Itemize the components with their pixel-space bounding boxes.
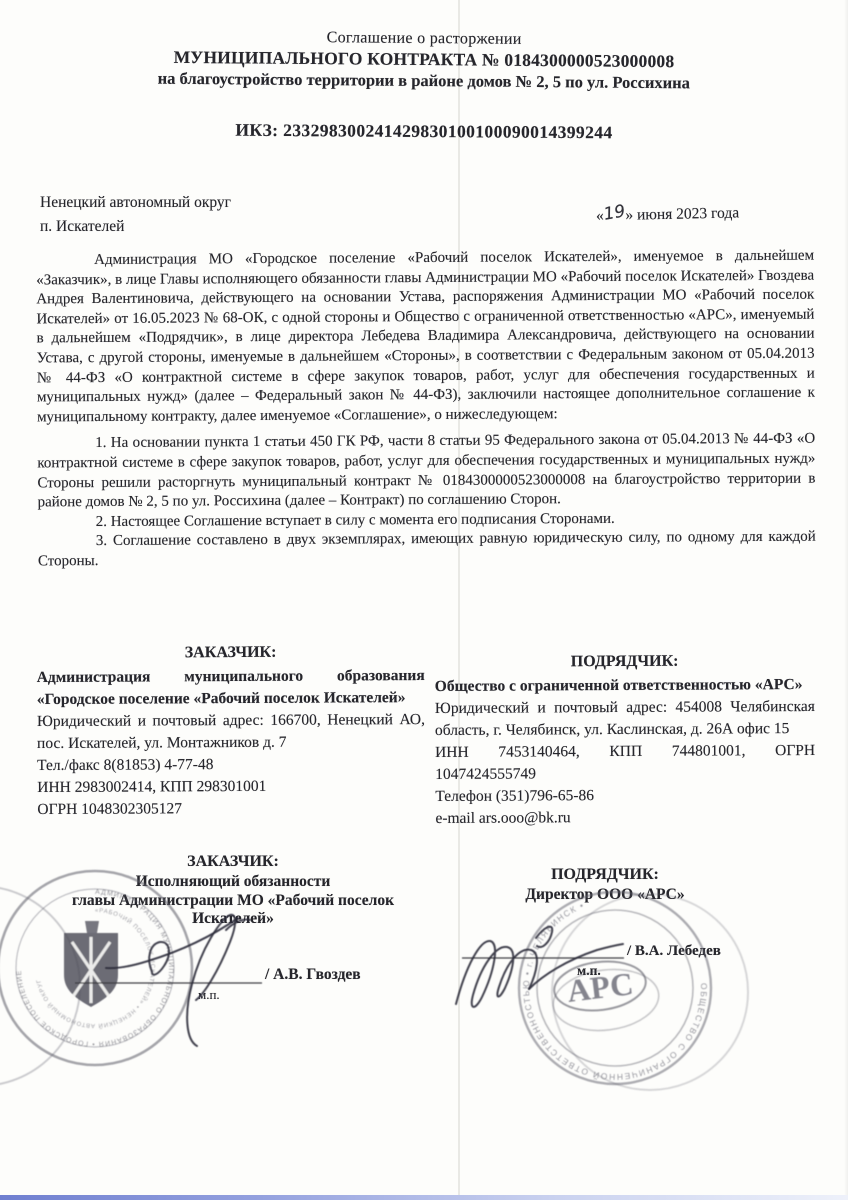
document-title: Соглашение о расторжении МУНИЦИПАЛЬНОГО … xyxy=(0,26,848,94)
agreement-body: Администрация МО «Городское поселение «Р… xyxy=(36,247,816,572)
contractor-signer-name: / В.А. Лебедев xyxy=(627,943,721,960)
contractor-signature-heading: ПОДРЯДЧИК: Директор ООО «АРС» xyxy=(440,866,770,904)
scan-bottom-color-strip xyxy=(0,1195,848,1200)
customer-role-line-3: Искателей» xyxy=(38,910,428,929)
place-block: Ненецкий автономный округ п. Искателей xyxy=(40,191,231,239)
svg-text:ОБЩЕСТВО С ОГРАНИЧЕННОЙ ОТВЕТС: ОБЩЕСТВО С ОГРАНИЧЕННОЙ ОТВЕТСТВЕННОСТЬЮ… xyxy=(521,900,709,1082)
contractor-stamp: ОБЩЕСТВО С ОГРАНИЧЕННОЙ ОТВЕТСТВЕННОСТЬЮ… xyxy=(519,892,748,1090)
stamps-and-signatures-artwork: АДМИНИСТРАЦИЯ МУНИЦИПАЛЬНОГО ОБРАЗОВАНИЯ… xyxy=(0,0,848,1200)
customer-role: Исполняющий обязанности главы Администра… xyxy=(38,873,428,929)
parties-details: ЗАКАЗЧИК: Администрация муниципального о… xyxy=(37,639,816,832)
date-block: «19» июня 2023 года xyxy=(596,201,826,226)
scan-fold-line xyxy=(458,0,460,1200)
customer-signature-heading: ЗАКАЗЧИК: Исполняющий обязанности главы … xyxy=(38,853,428,929)
contractor-stamp-outer-circle xyxy=(519,892,711,1084)
customer-heading: ЗАКАЗЧИК: xyxy=(37,641,425,665)
contractor-role: Директор ООО «АРС» xyxy=(440,886,770,904)
contractor-org-name: Общество с ограниченной ответственностью… xyxy=(435,674,815,698)
coat-of-arms-crossed-tools xyxy=(72,937,110,1003)
customer-sign-title: ЗАКАЗЧИК: xyxy=(38,853,428,871)
scan-right-edge-shade xyxy=(844,0,848,1200)
coat-of-arms-shield xyxy=(64,933,118,1007)
customer-role-line-2: главы Администрации МО «Рабочий поселок xyxy=(38,892,428,911)
place-line-region: Ненецкий автономный округ xyxy=(40,191,231,215)
customer-phone: Тел./факс 8(81853) 4-77-48 xyxy=(37,753,425,777)
contractor-stamp-inner-circle xyxy=(537,910,693,1066)
customer-signature-scribble xyxy=(106,915,250,1046)
handwritten-day: 19 xyxy=(602,201,627,225)
date-rest: » июня 2023 года xyxy=(625,204,739,223)
contractor-address: Юридический и почтовый адрес: 454008 Чел… xyxy=(435,696,815,742)
contractor-details-column: ПОДРЯДЧИК: Общество с ограниченной ответ… xyxy=(435,639,816,830)
customer-role-line-1: Исполняющий обязанности xyxy=(38,873,428,892)
customer-signer-name: / А.В. Гвоздев xyxy=(265,966,361,984)
customer-address: Юридический и почтовый адрес: 166700, Не… xyxy=(37,709,425,755)
contractor-phone: Телефон (351)796-65-86 xyxy=(435,784,815,808)
customer-ogrn: ОГРН 1048302305127 xyxy=(37,797,425,821)
preamble-paragraph: Администрация МО «Городское поселение «Р… xyxy=(36,247,815,428)
contractor-email: e-mail ars.ooo@bk.ru xyxy=(435,806,815,830)
clause-3: 3. Соглашение составлено в двух экземпля… xyxy=(38,528,816,572)
contractor-inn-kpp-ogrn: ИНН 7453140464, КПП 744801001, ОГРН 1047… xyxy=(435,740,815,786)
contractor-mp-label: м.п. xyxy=(577,963,601,979)
contractor-stamp-offset-impression xyxy=(552,894,748,1090)
customer-inn-kpp: ИНН 2983002414, КПП 298301001 xyxy=(37,775,425,799)
contractor-stamp-ring-text: ОБЩЕСТВО С ОГРАНИЧЕННОЙ ОТВЕТСТВЕННОСТЬЮ… xyxy=(521,900,709,1082)
place-line-settlement: п. Искателей xyxy=(40,215,231,239)
contractor-stamp-center-oval-echo xyxy=(550,964,663,1036)
contractor-heading: ПОДРЯДЧИК: xyxy=(435,650,815,674)
contractor-sign-title: ПОДРЯДЧИК: xyxy=(440,866,770,884)
customer-org-name: Администрация муниципального образования… xyxy=(37,665,425,711)
clause-1: 1. На основании пункта 1 статьи 450 ГК Р… xyxy=(37,430,815,513)
customer-details-column: ЗАКАЗЧИК: Администрация муниципального о… xyxy=(37,641,426,832)
scanned-document-page: Соглашение о расторжении МУНИЦИПАЛЬНОГО … xyxy=(0,0,848,1200)
customer-mp-label: м.п. xyxy=(198,987,220,1003)
ikz-number: ИКЗ: 23329830024142983010010009001439924… xyxy=(0,118,848,145)
